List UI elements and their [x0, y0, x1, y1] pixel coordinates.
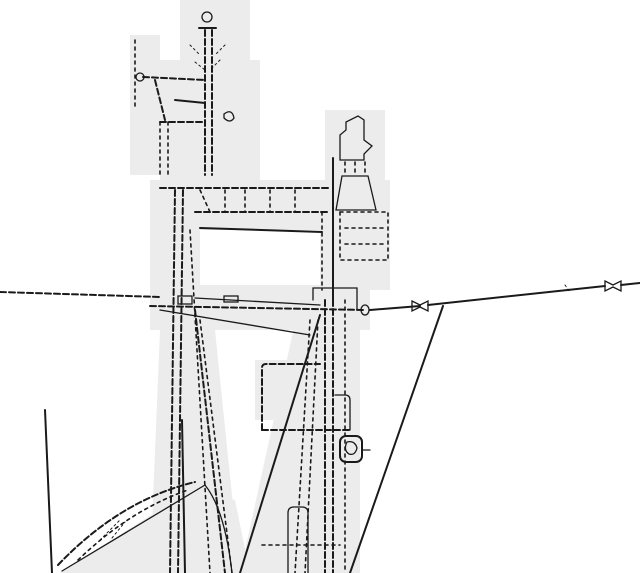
mast-rigging-drawing — [0, 0, 640, 573]
scan-shading — [60, 0, 390, 573]
stays-and-shrouds — [350, 306, 443, 573]
